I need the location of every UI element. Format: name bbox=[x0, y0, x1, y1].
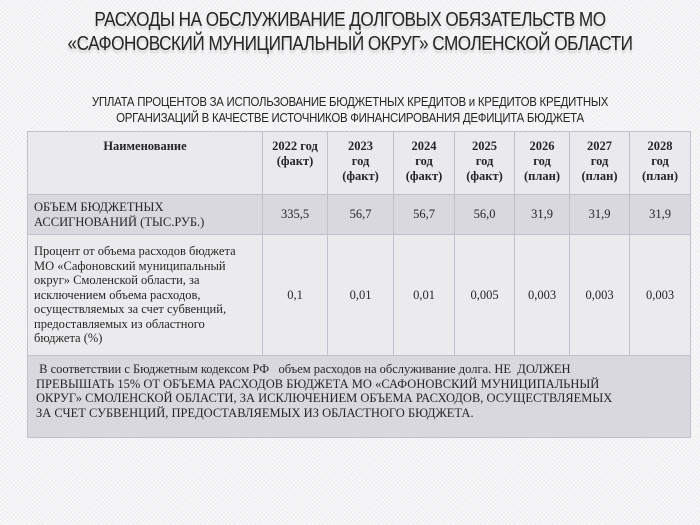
table-note-row: В соответствии с Бюджетным кодексом РФ о… bbox=[28, 356, 691, 438]
header-text: 2024 bbox=[394, 139, 454, 154]
value-cell: 0,005 bbox=[455, 235, 515, 356]
value-cell: 0,1 bbox=[263, 235, 328, 356]
column-header-2027: 2027 год (план) bbox=[570, 132, 630, 195]
row-label-line: МО «Сафоновский муниципальный bbox=[34, 259, 256, 274]
note-line: ЗА СЧЕТ СУБВЕНЦИЙ, ПРЕДОСТАВЛЯЕМЫХ ИЗ ОБ… bbox=[36, 406, 682, 421]
column-header-2025: 2025 год (факт) bbox=[455, 132, 515, 195]
header-text: (план) bbox=[570, 169, 629, 184]
column-header-2023: 2023 год (факт) bbox=[328, 132, 394, 195]
value-cell: 31,9 bbox=[630, 195, 691, 235]
row-label-line: исключением объема расходов, bbox=[34, 288, 256, 303]
value-cell: 0,003 bbox=[515, 235, 570, 356]
header-text: год bbox=[570, 154, 629, 169]
row-label-percent-of-budget: Процент от объема расходов бюджета МО «С… bbox=[28, 235, 263, 356]
header-text: год bbox=[515, 154, 569, 169]
budget-code-note: В соответствии с Бюджетным кодексом РФ о… bbox=[28, 356, 691, 438]
table-caption: УПЛАТА ПРОЦЕНТОВ ЗА ИСПОЛЬЗОВАНИЕ БЮДЖЕТ… bbox=[42, 94, 658, 126]
slide-title-line: РАСХОДЫ НА ОБСЛУЖИВАНИЕ ДОЛГОВЫХ ОБЯЗАТЕ… bbox=[49, 8, 651, 32]
header-text: 2022 год bbox=[263, 139, 327, 154]
header-text: (план) bbox=[515, 169, 569, 184]
column-header-2026: 2026 год (план) bbox=[515, 132, 570, 195]
column-header-2022: 2022 год (факт) bbox=[263, 132, 328, 195]
note-line: ПРЕВЫШАТЬ 15% ОТ ОБЪЕМА РАСХОДОВ БЮДЖЕТА… bbox=[36, 377, 682, 392]
row-label-line: осуществляемых за счет субвенций, bbox=[34, 302, 256, 317]
header-text: год bbox=[630, 154, 690, 169]
row-label-line: АССИГНОВАНИЙ (ТЫС.РУБ.) bbox=[34, 215, 256, 230]
value-cell: 335,5 bbox=[263, 195, 328, 235]
row-label-line: бюджета (%) bbox=[34, 331, 256, 346]
header-text: (факт) bbox=[328, 169, 393, 184]
column-header-name: Наименование bbox=[28, 132, 263, 195]
value-cell: 0,003 bbox=[570, 235, 630, 356]
header-text: (факт) bbox=[394, 169, 454, 184]
row-label-line: округ» Смоленской области, за bbox=[34, 273, 256, 288]
row-label-budget-allocations: ОБЪЕМ БЮДЖЕТНЫХ АССИГНОВАНИЙ (ТЫС.РУБ.) bbox=[28, 195, 263, 235]
table-row: ОБЪЕМ БЮДЖЕТНЫХ АССИГНОВАНИЙ (ТЫС.РУБ.) … bbox=[28, 195, 691, 235]
header-text: (план) bbox=[630, 169, 690, 184]
row-label-line: ОБЪЕМ БЮДЖЕТНЫХ bbox=[34, 200, 256, 215]
value-cell: 56,7 bbox=[328, 195, 394, 235]
header-text: 2028 bbox=[630, 139, 690, 154]
table-row: Процент от объема расходов бюджета МО «С… bbox=[28, 235, 691, 356]
header-text: (факт) bbox=[263, 154, 327, 169]
note-line: В соответствии с Бюджетным кодексом РФ о… bbox=[36, 362, 682, 377]
value-cell: 31,9 bbox=[515, 195, 570, 235]
header-text: (факт) bbox=[455, 169, 514, 184]
debt-service-table: Наименование 2022 год (факт) 2023 год (ф… bbox=[27, 131, 691, 438]
value-cell: 0,003 bbox=[630, 235, 691, 356]
header-text: 2023 bbox=[328, 139, 393, 154]
value-cell: 56,0 bbox=[455, 195, 515, 235]
table-caption-line: ОРГАНИЗАЦИЙ В КАЧЕСТВЕ ИСТОЧНИКОВ ФИНАНС… bbox=[42, 110, 658, 126]
row-label-line: Процент от объема расходов бюджета bbox=[34, 244, 256, 259]
slide-title-line: «САФОНОВСКИЙ МУНИЦИПАЛЬНЫЙ ОКРУГ» СМОЛЕН… bbox=[49, 32, 651, 56]
header-text: 2025 bbox=[455, 139, 514, 154]
header-text: год bbox=[455, 154, 514, 169]
row-label-line: предоставляемых из областного bbox=[34, 317, 256, 332]
header-text: Наименование bbox=[28, 139, 262, 154]
header-text: 2026 bbox=[515, 139, 569, 154]
table-header-row: Наименование 2022 год (факт) 2023 год (ф… bbox=[28, 132, 691, 195]
table-caption-line: УПЛАТА ПРОЦЕНТОВ ЗА ИСПОЛЬЗОВАНИЕ БЮДЖЕТ… bbox=[42, 94, 658, 110]
column-header-2024: 2024 год (факт) bbox=[394, 132, 455, 195]
note-line: ОКРУГ» СМОЛЕНСКОЙ ОБЛАСТИ, ЗА ИСКЛЮЧЕНИЕ… bbox=[36, 391, 682, 406]
value-cell: 31,9 bbox=[570, 195, 630, 235]
header-text: 2027 bbox=[570, 139, 629, 154]
column-header-2028: 2028 год (план) bbox=[630, 132, 691, 195]
value-cell: 0,01 bbox=[328, 235, 394, 356]
slide-title: РАСХОДЫ НА ОБСЛУЖИВАНИЕ ДОЛГОВЫХ ОБЯЗАТЕ… bbox=[49, 8, 651, 56]
header-text: год bbox=[394, 154, 454, 169]
header-text: год bbox=[328, 154, 393, 169]
value-cell: 56,7 bbox=[394, 195, 455, 235]
value-cell: 0,01 bbox=[394, 235, 455, 356]
